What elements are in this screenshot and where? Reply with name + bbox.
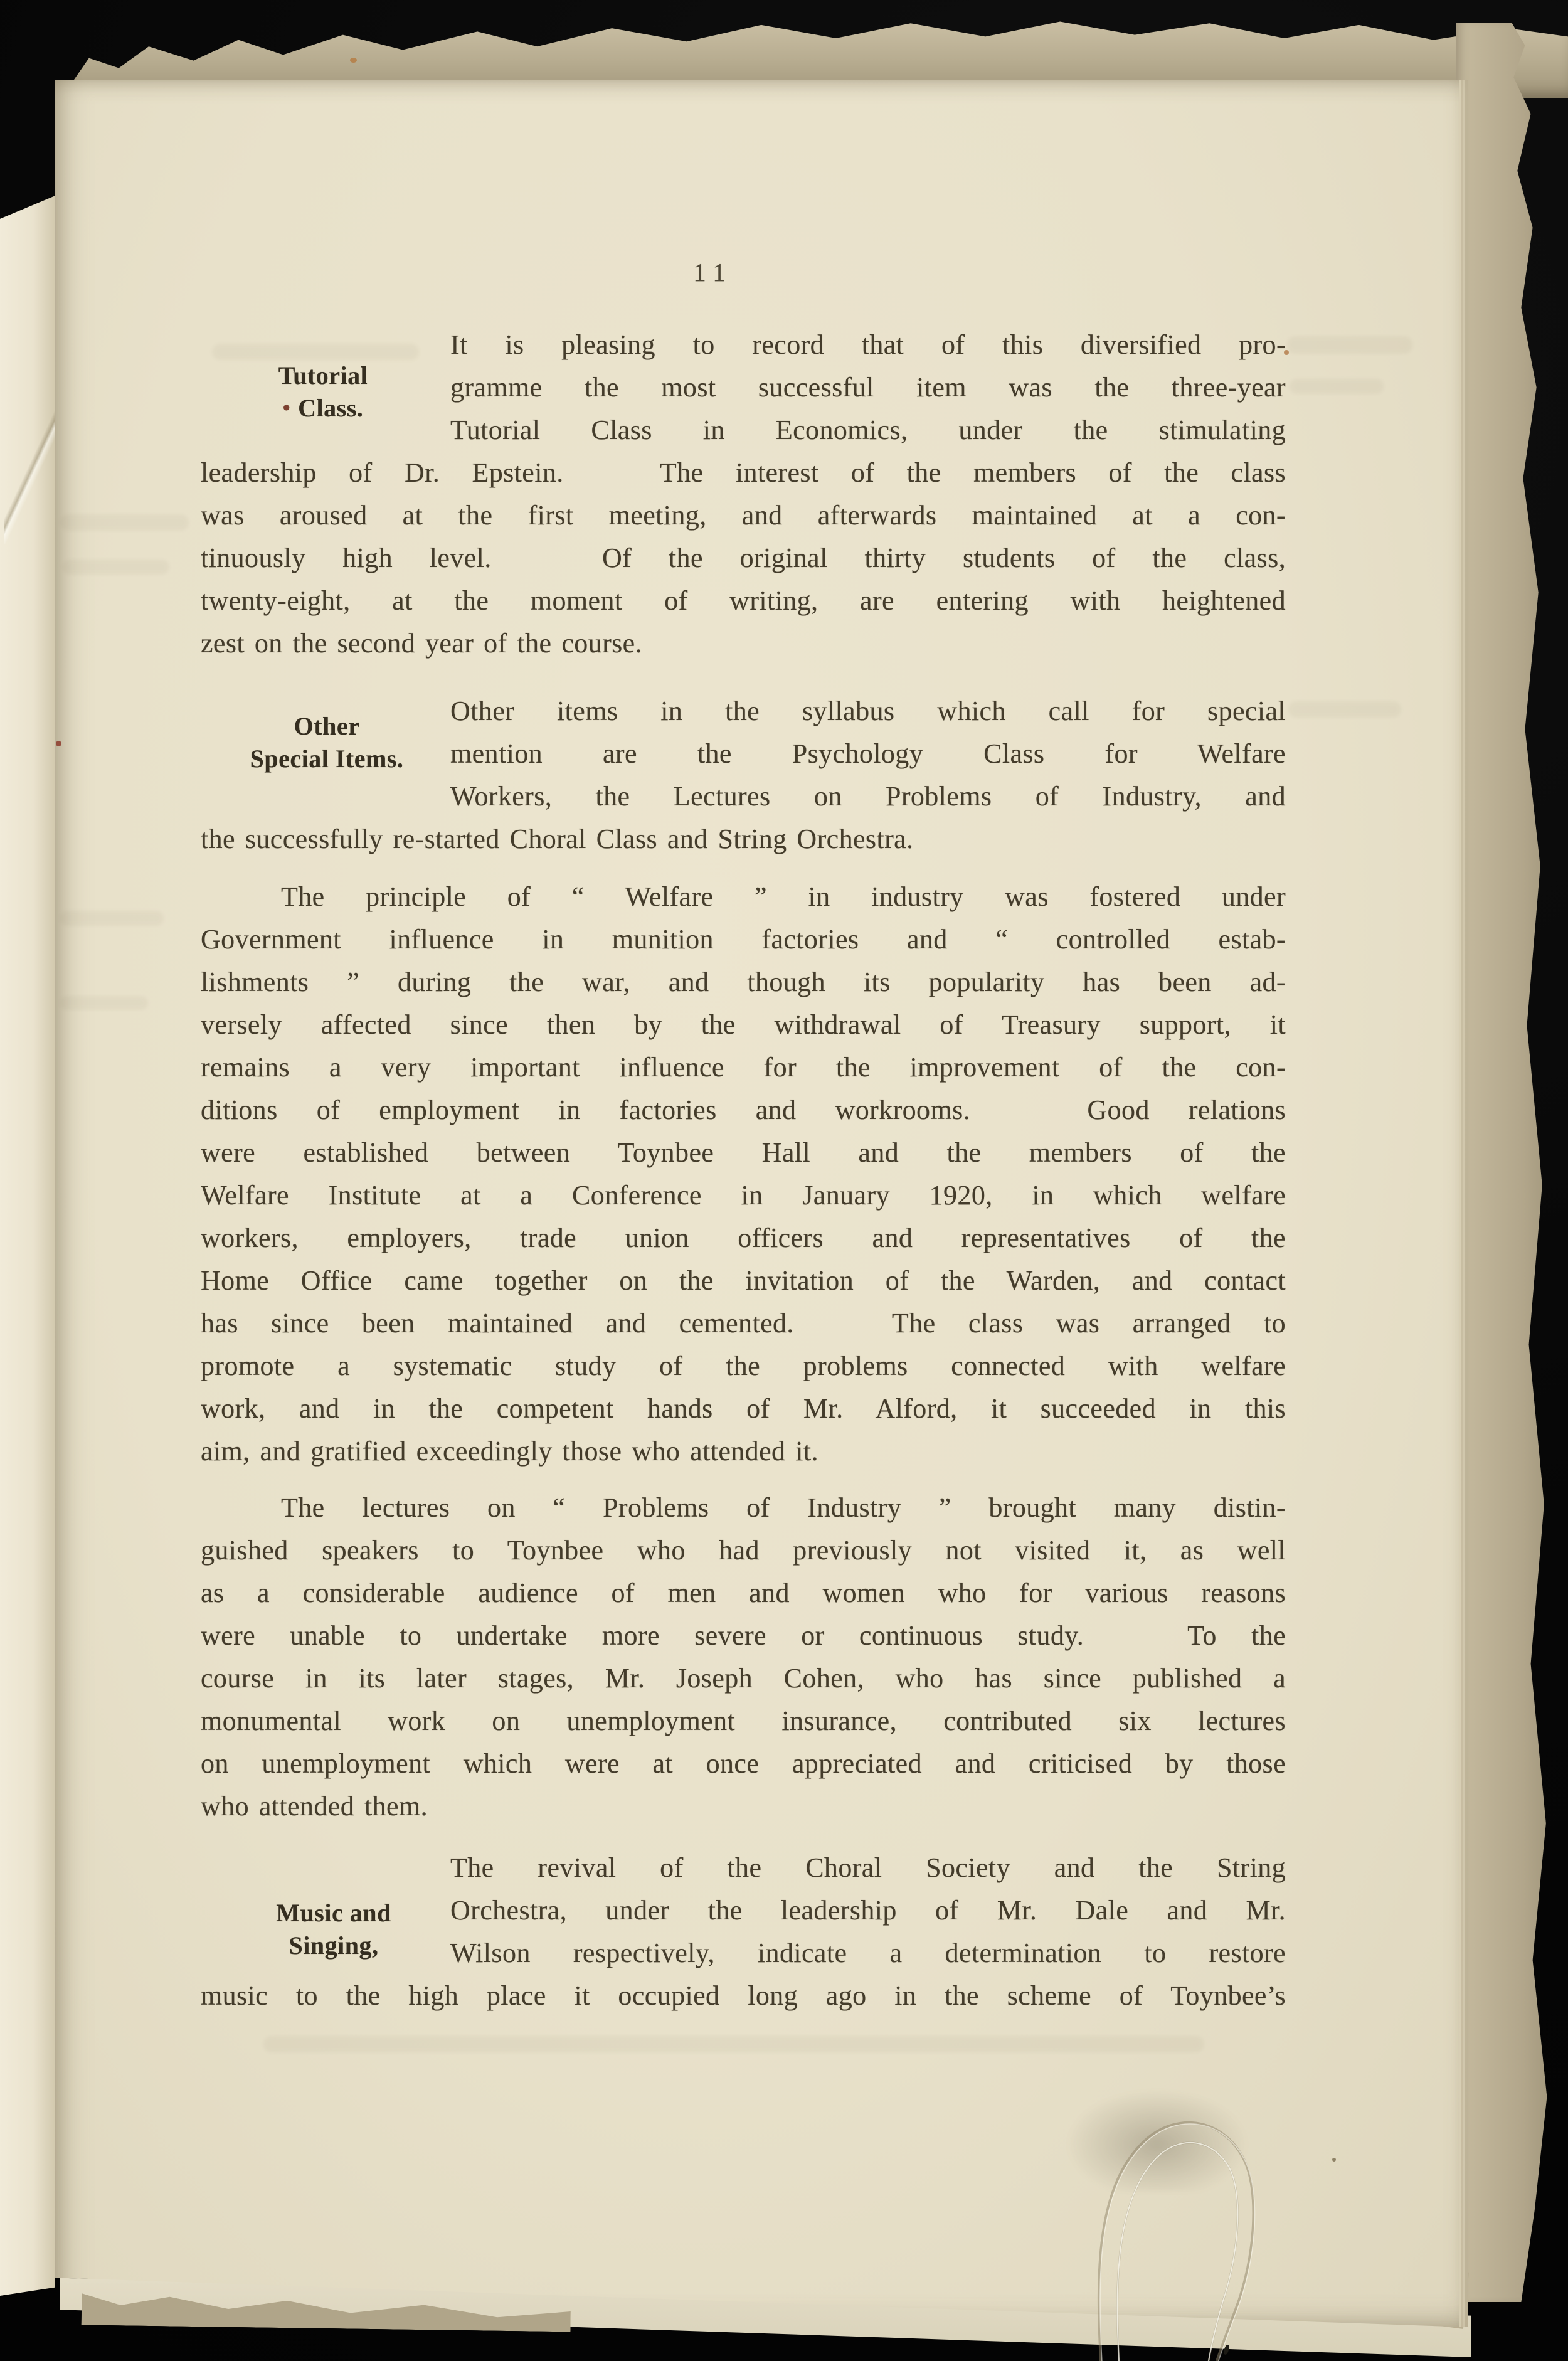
- paragraph-welfare: The principle of “ Welfare ” in industry…: [201, 876, 1286, 1473]
- text-line: the successfully re-started Choral Class…: [201, 818, 1286, 861]
- text-line: guished speakers to Toynbee who had prev…: [201, 1529, 1286, 1572]
- ghost-text: [63, 560, 169, 575]
- text-line: Workers, the Lectures on Problems of Ind…: [450, 775, 1286, 818]
- text-line: who attended them.: [201, 1785, 1286, 1828]
- paragraph-other-special-items: Other items in the syllabus which call f…: [201, 690, 1286, 861]
- ghost-text: [60, 911, 164, 926]
- text-line: It is pleasing to record that of this di…: [450, 324, 1286, 366]
- text-line: tinuously high level. Of the original th…: [201, 537, 1286, 580]
- text-line: Government influence in munition factori…: [201, 918, 1286, 961]
- text-line: Welfare Institute at a Conference in Jan…: [201, 1174, 1286, 1217]
- ghost-text: [60, 996, 148, 1010]
- text-line: The revival of the Choral Society and th…: [450, 1847, 1286, 1889]
- page-number: 11: [201, 250, 1286, 295]
- text-line: workers, employers, trade union officers…: [201, 1217, 1286, 1260]
- text-line: Orchestra, under the leadership of Mr. D…: [450, 1889, 1286, 1932]
- paragraph-music-and-singing: The revival of the Choral Society and th…: [201, 1847, 1286, 2017]
- text-line: lishments ” during the war, and though i…: [201, 961, 1286, 1004]
- paragraph-tutorial-class: It is pleasing to record that of this di…: [201, 324, 1286, 665]
- text-column: 11 It is pleasing to record that of this…: [201, 250, 1286, 2017]
- text-line: The lectures on “ Problems of Industry ”…: [201, 1487, 1286, 1529]
- page-edge-stack: [1459, 80, 1468, 2327]
- scan-background: Tutorial •Class. Other Special Items. Mu…: [0, 0, 1568, 2361]
- text-line: was aroused at the first meeting, and af…: [201, 494, 1286, 537]
- text-line: monumental work on unemployment insuranc…: [201, 1700, 1286, 1743]
- paper-crease: [4, 409, 55, 544]
- text-line: zest on the second year of the course.: [201, 622, 1286, 665]
- plastic-page-strap: [1066, 2070, 1292, 2361]
- text-line: were established between Toynbee Hall an…: [201, 1132, 1286, 1174]
- text-line: versely affected since then by the withd…: [201, 1004, 1286, 1046]
- text-line: Home Office came together on the invitat…: [201, 1260, 1286, 1302]
- paragraph-lectures: The lectures on “ Problems of Industry ”…: [201, 1487, 1286, 1828]
- text-line: mention are the Psychology Class for Wel…: [450, 733, 1286, 775]
- text-line: Tutorial Class in Economics, under the s…: [450, 409, 1286, 452]
- ghost-text: [1290, 379, 1384, 394]
- ghost-text: [263, 2036, 1204, 2052]
- gutter-page-strip: [0, 196, 55, 2296]
- book-page: Tutorial •Class. Other Special Items. Mu…: [55, 80, 1468, 2327]
- text-line: as a considerable audience of men and wo…: [201, 1572, 1286, 1615]
- text-line: aim, and gratified exceedingly those who…: [201, 1430, 1286, 1473]
- text-line: twenty-eight, at the moment of writing, …: [201, 580, 1286, 622]
- paper-speck: [350, 58, 357, 63]
- text-line: Other items in the syllabus which call f…: [450, 690, 1286, 733]
- text-line: course in its later stages, Mr. Joseph C…: [201, 1657, 1286, 1700]
- text-line: ditions of employment in factories and w…: [201, 1089, 1286, 1132]
- text-line: gramme the most successful item was the …: [450, 366, 1286, 409]
- ghost-text: [1288, 701, 1401, 718]
- text-line: work, and in the competent hands of Mr. …: [201, 1387, 1286, 1430]
- ghost-text: [1287, 336, 1412, 354]
- text-line: has since been maintained and cemented. …: [201, 1302, 1286, 1345]
- text-line: promote a systematic study of the proble…: [201, 1345, 1286, 1387]
- torn-page-edge-right: [1456, 23, 1552, 2302]
- ghost-text: [60, 514, 189, 531]
- text-line: were unable to undertake more severe or …: [201, 1615, 1286, 1657]
- text-line: Wilson respectively, indicate a determin…: [450, 1932, 1286, 1975]
- text-line: remains a very important influence for t…: [201, 1046, 1286, 1089]
- text-line: The principle of “ Welfare ” in industry…: [201, 876, 1286, 918]
- paper-speck: [56, 741, 61, 746]
- text-line: music to the high place it occupied long…: [201, 1975, 1286, 2017]
- text-line: leadership of Dr. Epstein. The interest …: [201, 452, 1286, 494]
- paper-speck: [1332, 2158, 1336, 2162]
- text-line: on unemployment which were at once appre…: [201, 1743, 1286, 1785]
